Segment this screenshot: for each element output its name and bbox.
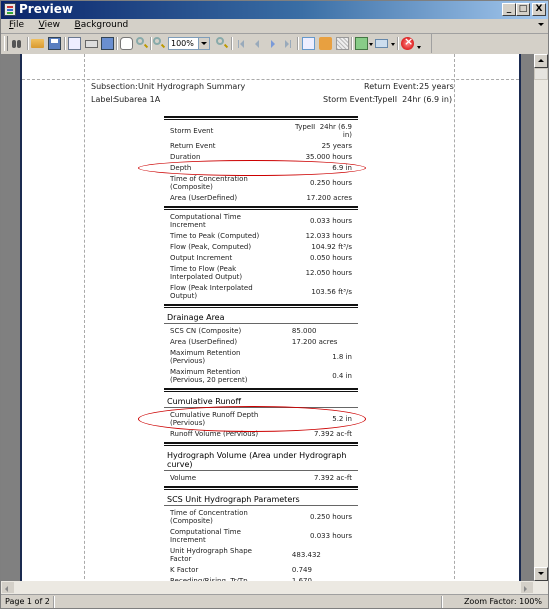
scroll-right-button[interactable] [520, 581, 534, 594]
arrow-down-icon [538, 572, 544, 575]
table-row: Area (UserDefined)17.200 acres [164, 338, 358, 346]
label-label: Label: [91, 95, 115, 104]
window-title: Preview [19, 2, 73, 16]
status-separator [441, 596, 443, 608]
toolbar: 100% [1, 34, 432, 53]
close-button[interactable]: X [532, 3, 546, 16]
table-row: Computational Time Increment0.033 hours [164, 528, 358, 544]
margin-guide-left [84, 54, 85, 581]
row-label: Area (UserDefined) [170, 338, 264, 346]
double-rule [164, 206, 358, 210]
toolbar-grip[interactable] [4, 36, 8, 51]
toolbar-separator [297, 37, 299, 50]
table-row: Duration35.000 hours [164, 153, 358, 161]
row-label: Maximum Retention (Pervious) [170, 349, 270, 365]
arrow-left-icon [5, 586, 8, 592]
export-icon[interactable] [355, 37, 368, 50]
row-value: 0.4 in [288, 372, 352, 380]
row-label: Flow (Peak Interpolated Output) [170, 284, 270, 300]
table-row: Computational Time Increment0.033 hours [164, 213, 358, 229]
menu-view[interactable]: View [35, 19, 64, 30]
close-preview-icon[interactable] [401, 37, 414, 50]
table-row: Depth6.9 in [164, 164, 358, 172]
double-rule [164, 486, 358, 490]
zoom-in-icon[interactable] [216, 37, 224, 45]
table-row: Time of Concentration (Composite)0.250 h… [164, 509, 358, 525]
computed-section: Computational Time Increment0.033 hoursT… [164, 213, 358, 300]
row-label: Return Event [170, 142, 270, 150]
save-icon[interactable] [48, 37, 61, 50]
zoom-value: 100% [171, 39, 194, 48]
section-title-hydrograph-volume: Hydrograph Volume (Area under Hydrograph… [164, 449, 358, 471]
toolbar-separator [231, 37, 233, 50]
find-icon[interactable] [10, 37, 23, 50]
menu-file-rest: ile [14, 20, 25, 30]
row-label: Depth [170, 164, 270, 172]
row-value: 0.033 hours [288, 217, 352, 225]
table-row: Return Event25 years [164, 142, 358, 150]
menu-overflow-icon[interactable] [538, 23, 544, 26]
table-row: Cumulative Runoff Depth (Pervious)5.2 in [164, 411, 358, 427]
double-rule [164, 442, 358, 446]
copy-icon[interactable] [319, 37, 332, 50]
section-title-scs-unit-hydrograph: SCS Unit Hydrograph Parameters [164, 493, 358, 506]
row-label: Area (UserDefined) [170, 194, 270, 202]
zoom-select[interactable]: 100% [168, 37, 210, 50]
table-row: Volume7.392 ac-ft [164, 474, 358, 482]
scroll-left-button[interactable] [1, 581, 15, 594]
summary-section: Storm EventTypeII 24hr (6.9 in)Return Ev… [164, 123, 358, 202]
report-page: Subsection: Unit Hydrograph Summary Labe… [20, 54, 521, 581]
row-value: 17.200 acres [288, 194, 352, 202]
row-value: 7.392 ac-ft [288, 474, 352, 482]
row-value: 12.050 hours [288, 269, 352, 277]
subsection-value: Unit Hydrograph Summary [138, 82, 245, 91]
page-layout-icon[interactable] [302, 37, 315, 50]
double-rule [164, 388, 358, 392]
margin-guide-right [454, 54, 455, 581]
row-label: Cumulative Runoff Depth (Pervious) [170, 411, 270, 427]
row-value: 103.56 ft³/s [288, 288, 352, 296]
arrow-up-icon [538, 59, 544, 62]
zoom-out-icon[interactable] [153, 37, 161, 45]
row-value: 85.000 [264, 327, 352, 335]
storm-event-value: TypeII 24hr (6.9 in) [374, 95, 452, 104]
row-label: Flow (Peak, Computed) [170, 243, 270, 251]
cumulative-runoff-section: Cumulative Runoff Depth (Pervious)5.2 in… [164, 411, 358, 438]
row-value: 0.250 hours [288, 179, 352, 187]
last-page-icon[interactable] [285, 40, 289, 48]
table-row: Time to Peak (Computed)12.033 hours [164, 232, 358, 240]
row-value: 17.200 acres [264, 338, 352, 346]
return-event-label: Return Event: [364, 82, 419, 91]
row-value: TypeII 24hr (6.9 in) [288, 123, 352, 139]
storm-event-label: Storm Event: [323, 95, 375, 104]
row-value: 0.749 [264, 566, 352, 574]
magnify-icon[interactable] [136, 37, 144, 45]
open-icon[interactable] [31, 39, 44, 48]
drainage-area-section: SCS CN (Composite)85.000Area (UserDefine… [164, 327, 358, 384]
table-row: Flow (Peak Interpolated Output)103.56 ft… [164, 284, 358, 300]
app-icon [4, 3, 16, 16]
export-dropdown-icon[interactable] [369, 43, 373, 46]
row-label: Time of Concentration (Composite) [170, 175, 270, 191]
vertical-scroll-thumb[interactable] [534, 68, 548, 80]
row-label: Storm Event [170, 127, 270, 135]
row-value: 5.2 in [288, 415, 352, 423]
row-label: Time to Peak (Computed) [170, 232, 270, 240]
arrow-right-icon [524, 586, 527, 592]
toolbar-separator [64, 37, 66, 50]
zoom-factor: Zoom Factor: 100% [464, 597, 542, 606]
row-label: Duration [170, 153, 270, 161]
section-title-cumulative-runoff: Cumulative Runoff [164, 395, 358, 408]
status-separator [53, 596, 55, 608]
row-label: Time of Concentration (Composite) [170, 509, 270, 525]
row-value: 0.033 hours [288, 532, 352, 540]
toolbar-overflow-icon[interactable] [417, 46, 421, 49]
email-dropdown-icon[interactable] [391, 43, 395, 46]
toolbar-separator [150, 37, 152, 50]
row-value: 483.432 [264, 551, 352, 559]
row-label: Runoff Volume (Pervious) [170, 430, 270, 438]
double-rule [164, 116, 358, 120]
row-value: 12.033 hours [288, 232, 352, 240]
row-value: 0.050 hours [288, 254, 352, 262]
vertical-scrollbar[interactable] [534, 54, 548, 581]
print-icon[interactable] [85, 40, 98, 48]
return-event-value: 25 years [419, 82, 454, 91]
table-row: Flow (Peak, Computed)104.92 ft³/s [164, 243, 358, 251]
row-label: SCS CN (Composite) [170, 327, 264, 335]
next-page-icon[interactable] [271, 40, 275, 48]
double-rule [164, 304, 358, 308]
email-icon[interactable] [375, 39, 388, 48]
row-label: Volume [170, 474, 270, 482]
row-value: 7.392 ac-ft [288, 430, 352, 438]
row-label: Computational Time Increment [170, 213, 270, 229]
watermark-icon[interactable] [336, 37, 349, 50]
row-value: 0.250 hours [288, 513, 352, 521]
menu-background-rest: ackground [81, 20, 129, 30]
toolbar-separator [351, 37, 353, 50]
page-indicator: Page 1 of 2 [5, 597, 50, 606]
menu-file[interactable]: File [5, 19, 28, 30]
table-row: Time to Flow (Peak Interpolated Output)1… [164, 265, 358, 281]
table-row: Time of Concentration (Composite)0.250 h… [164, 175, 358, 191]
toolbar-separator [397, 37, 399, 50]
row-label: K Factor [170, 566, 264, 574]
hydrograph-volume-section: Volume7.392 ac-ft [164, 474, 358, 482]
row-label: Maximum Retention (Pervious, 20 percent) [170, 368, 270, 384]
multi-page-icon[interactable] [101, 37, 114, 50]
section-title-drainage-area: Drainage Area [164, 311, 358, 324]
subsection-label: Subsection: [91, 82, 138, 91]
label-value: Subarea 1A [114, 95, 160, 104]
row-label: Output Increment [170, 254, 270, 262]
menu-view-rest: iew [45, 20, 60, 30]
table-row: Output Increment0.050 hours [164, 254, 358, 262]
preview-viewport[interactable]: Subsection: Unit Hydrograph Summary Labe… [1, 54, 534, 581]
row-value: 25 years [288, 142, 352, 150]
maximize-button[interactable]: □ [516, 3, 530, 16]
toolbar-separator [116, 37, 118, 50]
first-page-icon[interactable] [240, 40, 244, 48]
row-label: Time to Flow (Peak Interpolated Output) [170, 265, 270, 281]
margin-guide-top [22, 79, 519, 80]
toolbar-separator [27, 37, 29, 50]
table-row: Runoff Volume (Pervious)7.392 ac-ft [164, 430, 358, 438]
status-bar: Page 1 of 2 Zoom Factor: 100% [1, 594, 548, 609]
table-row: Unit Hydrograph Shape Factor483.432 [164, 547, 358, 563]
title-bar[interactable]: Preview _ □ X [1, 1, 548, 19]
minimize-button[interactable]: _ [502, 3, 516, 16]
row-label: Computational Time Increment [170, 528, 270, 544]
unit-hydrograph-report: Storm EventTypeII 24hr (6.9 in)Return Ev… [164, 112, 358, 581]
table-row: Maximum Retention (Pervious, 20 percent)… [164, 368, 358, 384]
row-label: Unit Hydrograph Shape Factor [170, 547, 264, 563]
horizontal-scrollbar[interactable] [1, 581, 534, 594]
table-row: Storm EventTypeII 24hr (6.9 in) [164, 123, 358, 139]
row-value: 35.000 hours [288, 153, 352, 161]
menu-background[interactable]: Background [71, 19, 133, 30]
scroll-up-button[interactable] [534, 54, 548, 68]
table-row: Area (UserDefined)17.200 acres [164, 194, 358, 202]
table-row: SCS CN (Composite)85.000 [164, 327, 358, 335]
scrollbar-corner [534, 581, 548, 594]
table-row: K Factor0.749 [164, 566, 358, 574]
preview-window: Preview _ □ X File View Background 100% [0, 0, 549, 609]
table-row: Maximum Retention (Pervious)1.8 in [164, 349, 358, 365]
row-value: 1.8 in [288, 353, 352, 361]
row-value: 104.92 ft³/s [288, 243, 352, 251]
page-setup-icon[interactable] [68, 37, 81, 50]
scroll-down-button[interactable] [534, 567, 548, 581]
previous-page-icon[interactable] [255, 40, 259, 48]
row-value: 6.9 in [288, 164, 352, 172]
chevron-down-icon[interactable] [198, 38, 209, 49]
scs-unit-hydrograph-section: Time of Concentration (Composite)0.250 h… [164, 509, 358, 581]
hand-tool-icon[interactable] [120, 37, 133, 50]
menu-bar: File View Background [1, 19, 548, 34]
